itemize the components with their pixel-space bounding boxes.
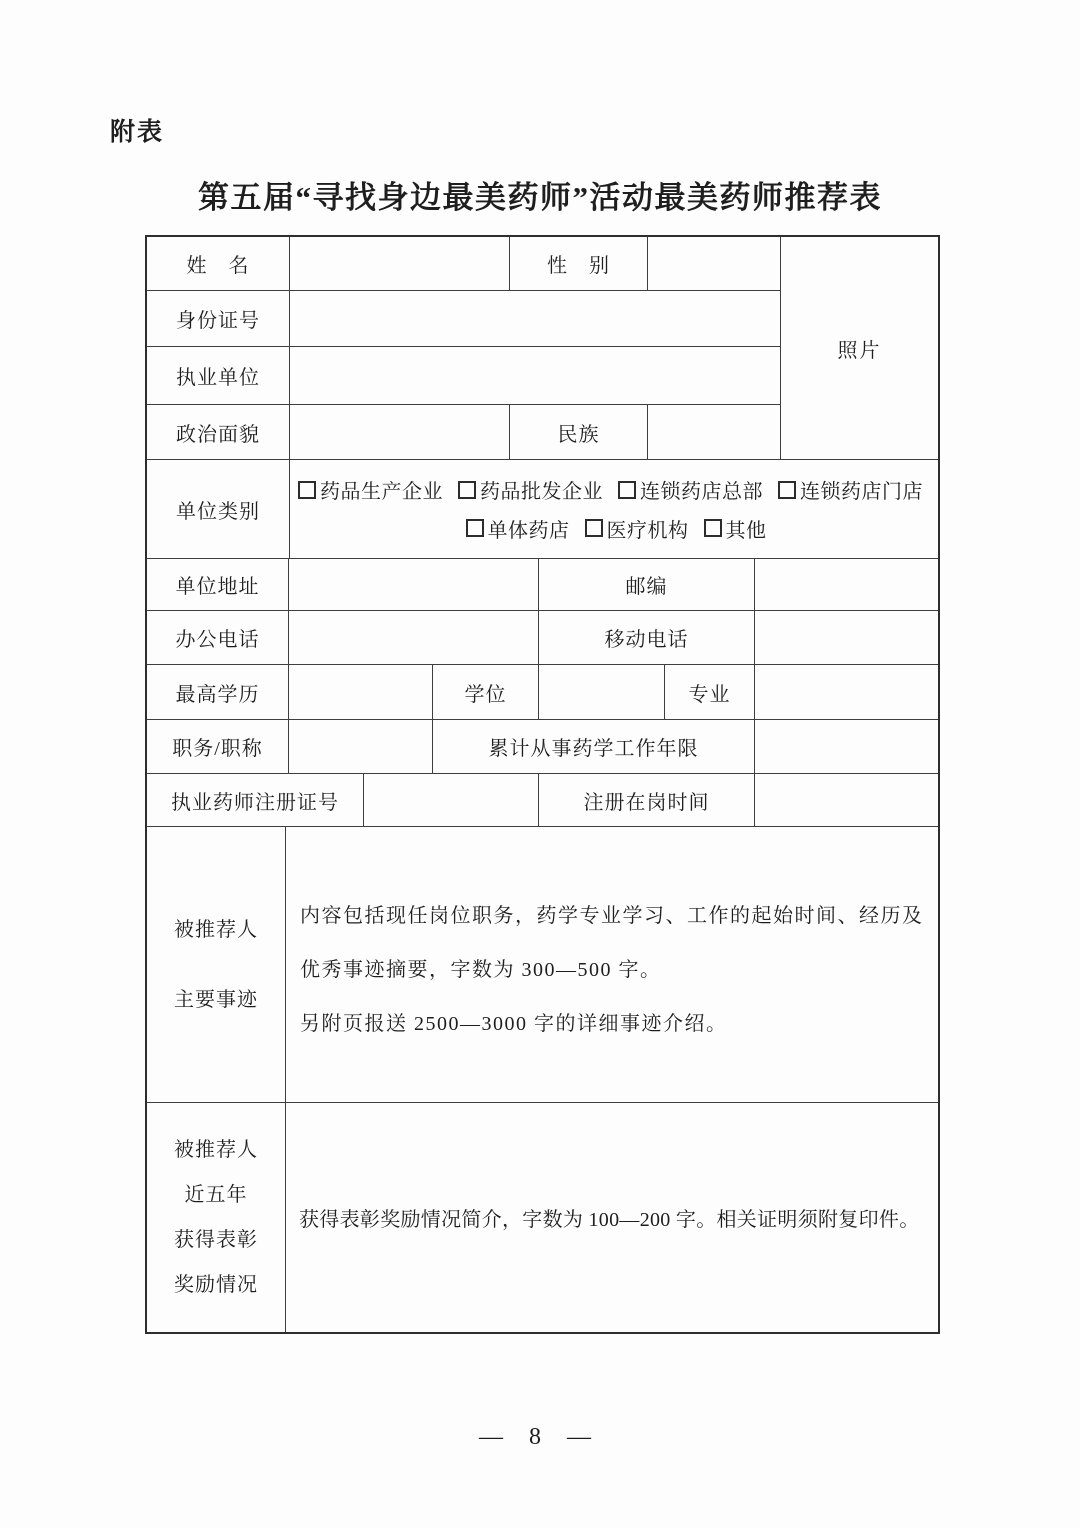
- row-address: 单位地址 邮编: [147, 559, 938, 611]
- unit-type-label: 单位类别: [147, 460, 290, 558]
- row-politics-ethnicity: 政治面貌 民族: [147, 405, 780, 459]
- awards-label-line1: 被推荐人: [174, 1128, 258, 1173]
- row-unit-type: 单位类别 药品生产企业药品批发企业连锁药店总部连锁药店门店 单体药店医疗机构其他: [147, 460, 938, 559]
- gender-label: 性 别: [510, 237, 648, 290]
- row-education: 最高学历 学位 专业: [147, 665, 938, 720]
- checkbox-icon[interactable]: [618, 481, 636, 499]
- checkbox-label: 连锁药店总部: [640, 475, 763, 504]
- postal-code-label: 邮编: [539, 559, 755, 610]
- mobile-phone-input-cell[interactable]: [755, 611, 938, 664]
- checkbox-icon[interactable]: [458, 481, 476, 499]
- checkbox-label: 医疗机构: [607, 514, 689, 543]
- license-number-label: 执业药师注册证号: [147, 774, 364, 826]
- office-phone-label: 办公电话: [147, 611, 289, 664]
- awards-content-cell[interactable]: 获得表彰奖励情况简介，字数为 100—200 字。相关证明须附复印件。: [286, 1103, 938, 1332]
- ethnicity-label: 民族: [510, 405, 648, 459]
- checkbox-icon[interactable]: [298, 481, 316, 499]
- top-left-rows: 姓 名 性 别 身份证号 执业单位 政治面貌 民族: [147, 237, 781, 459]
- political-status-input-cell[interactable]: [290, 405, 510, 459]
- id-number-input-cell[interactable]: [290, 291, 780, 346]
- checkbox-icon[interactable]: [778, 481, 796, 499]
- main-deeds-label: 被推荐人 主要事迹: [147, 827, 286, 1102]
- page-title: 第五届“寻找身边最美药师”活动最美药师推荐表: [0, 172, 1080, 217]
- checkbox-icon[interactable]: [585, 519, 603, 537]
- checkbox-option[interactable]: 药品批发企业: [458, 475, 603, 504]
- registration-time-input-cell[interactable]: [755, 774, 938, 826]
- row-name-gender: 姓 名 性 别: [147, 237, 780, 291]
- main-deeds-label-line1: 被推荐人: [174, 895, 258, 965]
- checkbox-option[interactable]: 单体药店: [466, 514, 570, 543]
- top-block: 姓 名 性 别 身份证号 执业单位 政治面貌 民族: [147, 237, 938, 460]
- row-practice-unit: 执业单位: [147, 347, 780, 405]
- practice-unit-input-cell[interactable]: [290, 347, 780, 404]
- checkbox-label: 其他: [726, 514, 767, 543]
- checkbox-icon[interactable]: [704, 519, 722, 537]
- page-number: — 8 —: [0, 1424, 1080, 1451]
- checkbox-label: 药品批发企业: [480, 475, 603, 504]
- main-deeds-content-cell[interactable]: 内容包括现任岗位职务，药学专业学习、工作的起始时间、经历及优秀事迹摘要，字数为 …: [286, 827, 938, 1102]
- unit-type-options-line1: 药品生产企业药品批发企业连锁药店总部连锁药店门店: [298, 475, 934, 504]
- position-input-cell[interactable]: [289, 720, 433, 773]
- name-input-cell[interactable]: [290, 237, 510, 290]
- checkbox-label: 药品生产企业: [320, 475, 443, 504]
- education-label: 最高学历: [147, 665, 289, 719]
- awards-content-text: 获得表彰奖励情况简介，字数为 100—200 字。相关证明须附复印件。: [299, 1203, 920, 1232]
- scanned-form-page: 附表 第五届“寻找身边最美药师”活动最美药师推荐表 姓 名 性 别 身份证号 执…: [0, 0, 1080, 1528]
- checkbox-label: 单体药店: [488, 514, 570, 543]
- unit-type-options-line2: 单体药店医疗机构其他: [298, 514, 934, 543]
- checkbox-option[interactable]: 连锁药店总部: [618, 475, 763, 504]
- photo-label: 照片: [838, 334, 882, 363]
- registration-time-label: 注册在岗时间: [539, 774, 755, 826]
- position-label: 职务/职称: [147, 720, 289, 773]
- checkbox-label: 连锁药店门店: [800, 475, 923, 504]
- awards-label-line4: 奖励情况: [174, 1263, 258, 1308]
- pharmacy-years-input-cell[interactable]: [755, 720, 938, 773]
- license-number-input-cell[interactable]: [364, 774, 539, 826]
- row-position: 职务/职称 累计从事药学工作年限: [147, 720, 938, 774]
- row-phones: 办公电话 移动电话: [147, 611, 938, 665]
- postal-code-input-cell[interactable]: [755, 559, 938, 610]
- major-input-cell[interactable]: [755, 665, 938, 719]
- corner-label: 附表: [110, 112, 164, 148]
- main-deeds-paragraph1: 内容包括现任岗位职务，药学专业学习、工作的起始时间、经历及优秀事迹摘要，字数为 …: [300, 889, 928, 997]
- ethnicity-input-cell[interactable]: [648, 405, 780, 459]
- awards-label-line3: 获得表彰: [174, 1218, 258, 1263]
- row-main-deeds: 被推荐人 主要事迹 内容包括现任岗位职务，药学专业学习、工作的起始时间、经历及优…: [147, 827, 938, 1103]
- unit-address-input-cell[interactable]: [289, 559, 539, 610]
- checkbox-option[interactable]: 医疗机构: [585, 514, 689, 543]
- political-status-label: 政治面貌: [147, 405, 290, 459]
- photo-cell[interactable]: 照片: [781, 237, 938, 459]
- mobile-phone-label: 移动电话: [539, 611, 755, 664]
- awards-label-line2: 近五年: [185, 1173, 248, 1218]
- degree-input-cell[interactable]: [539, 665, 665, 719]
- checkbox-option[interactable]: 连锁药店门店: [778, 475, 923, 504]
- major-label: 专业: [665, 665, 755, 719]
- practice-unit-label: 执业单位: [147, 347, 290, 404]
- unit-type-options-cell: 药品生产企业药品批发企业连锁药店总部连锁药店门店 单体药店医疗机构其他: [290, 460, 938, 558]
- unit-address-label: 单位地址: [147, 559, 289, 610]
- main-deeds-paragraph2: 另附页报送 2500—3000 字的详细事迹介绍。: [300, 997, 728, 1051]
- education-input-cell[interactable]: [289, 665, 433, 719]
- row-license: 执业药师注册证号 注册在岗时间: [147, 774, 938, 827]
- row-id-number: 身份证号: [147, 291, 780, 347]
- degree-label: 学位: [433, 665, 539, 719]
- checkbox-option[interactable]: 其他: [704, 514, 767, 543]
- name-label: 姓 名: [147, 237, 290, 290]
- awards-label: 被推荐人 近五年 获得表彰 奖励情况: [147, 1103, 286, 1332]
- pharmacy-years-label: 累计从事药学工作年限: [433, 720, 755, 773]
- main-deeds-label-line2: 主要事迹: [174, 965, 258, 1035]
- row-awards: 被推荐人 近五年 获得表彰 奖励情况 获得表彰奖励情况简介，字数为 100—20…: [147, 1103, 938, 1332]
- gender-input-cell[interactable]: [648, 237, 780, 290]
- office-phone-input-cell[interactable]: [289, 611, 539, 664]
- checkbox-icon[interactable]: [466, 519, 484, 537]
- recommendation-form-table: 姓 名 性 别 身份证号 执业单位 政治面貌 民族: [145, 235, 940, 1334]
- id-number-label: 身份证号: [147, 291, 290, 346]
- checkbox-option[interactable]: 药品生产企业: [298, 475, 443, 504]
